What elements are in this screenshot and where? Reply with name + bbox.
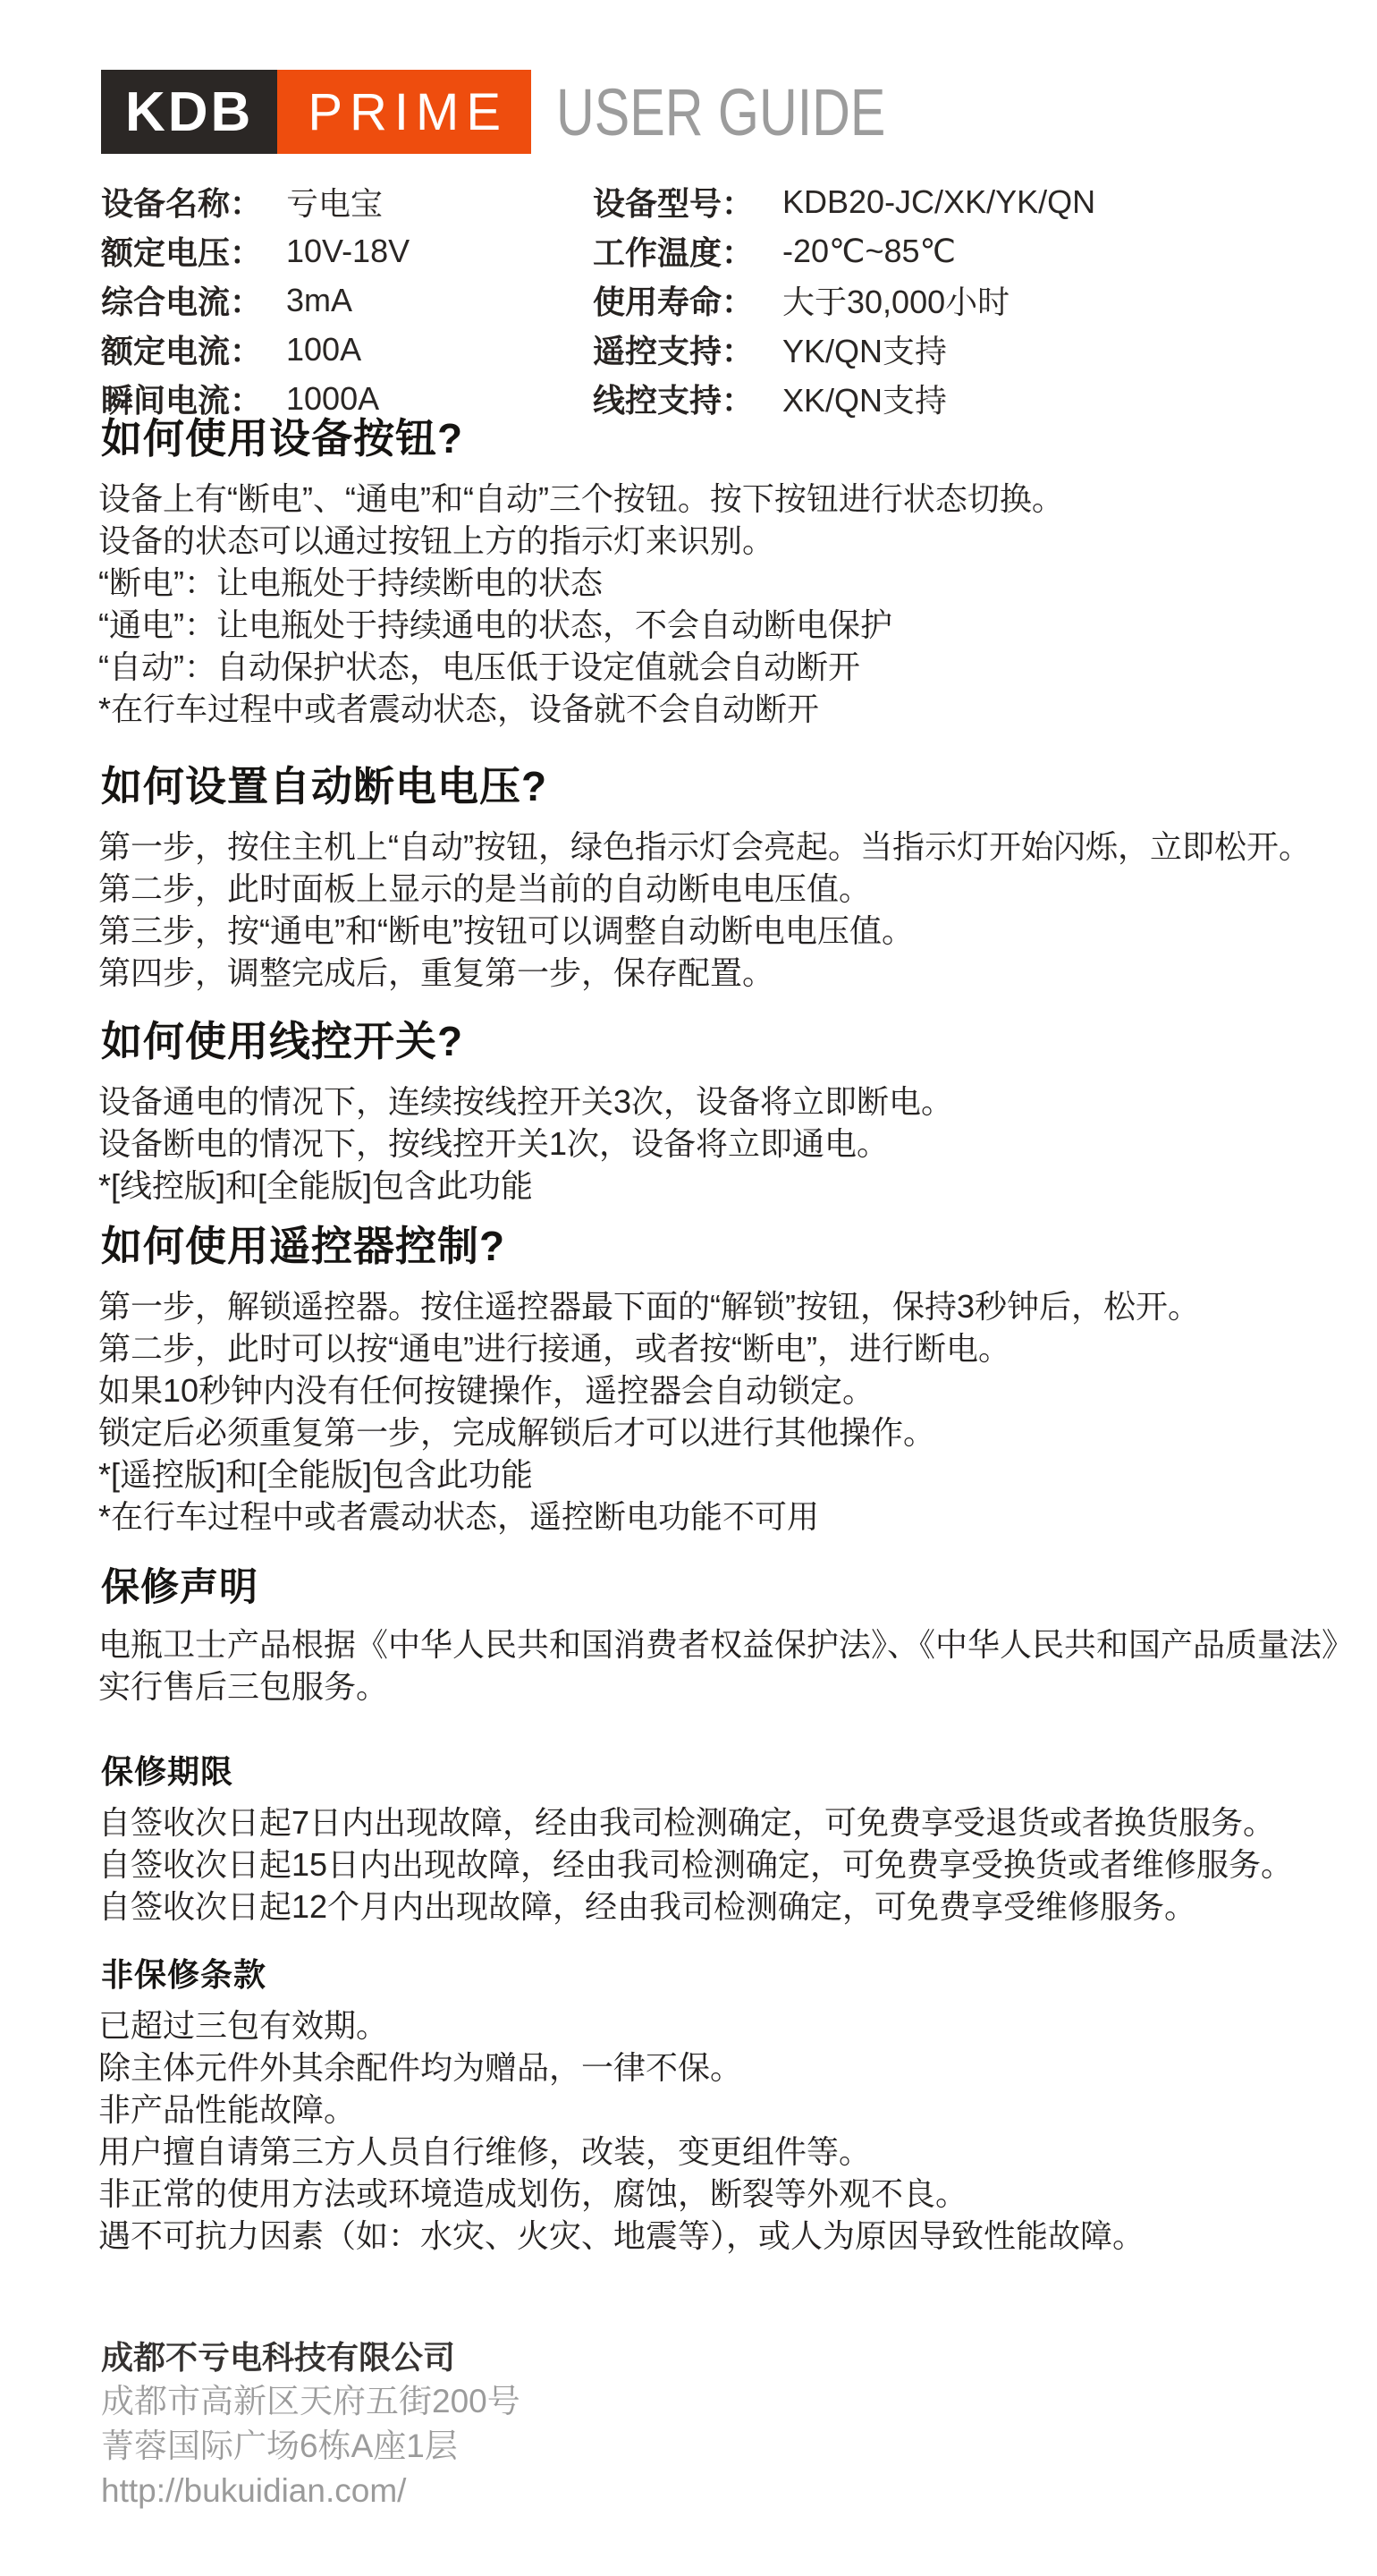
body-line: 第三步，按“通电”和“断电”按钮可以调整自动断电电压值。 bbox=[98, 910, 1350, 952]
body-line: 第二步，此时面板上显示的是当前的自动断电电压值。 bbox=[98, 868, 1350, 910]
body-line: 除主体元件外其余配件均为赠品，一律不保。 bbox=[98, 2046, 1350, 2089]
spec-label: 设备名称： bbox=[101, 179, 286, 225]
body-line: 电瓶卫士产品根据《中华人民共和国消费者权益保护法》、《中华人民共和国产品质量法》 bbox=[98, 1623, 1350, 1665]
section-heading: 保修声明 bbox=[101, 1564, 1350, 1611]
spec-value: 1000A bbox=[286, 380, 593, 418]
spec-value: 亏电宝 bbox=[286, 179, 593, 225]
body-line: 非产品性能故障。 bbox=[98, 2089, 1350, 2131]
spec-row: 额定电流： 100A 遥控支持： YK/QN支持 bbox=[101, 325, 1095, 374]
body-line: 锁定后必须重复第一步，完成解锁后才可以进行其他操作。 bbox=[98, 1411, 1350, 1453]
section-device-buttons: 如何使用设备按钮? 设备上有“断电”、“通电”和“自动”三个按钮。按下按钮进行状… bbox=[98, 413, 1350, 730]
body-line: 遇不可抗力因素（如：水灾、火灾、地震等），或人为原因导致性能故障。 bbox=[98, 2215, 1350, 2257]
body-line: 实行售后三包服务。 bbox=[98, 1665, 1350, 1707]
spec-row: 综合电流： 3mA 使用寿命： 大于30,000小时 bbox=[101, 275, 1095, 325]
section-heading: 如何设置自动断电电压? bbox=[101, 761, 1350, 811]
body-line: 非正常的使用方法或环境造成划伤，腐蚀，断裂等外观不良。 bbox=[98, 2173, 1350, 2215]
note-line: *[遥控版]和[全能版]包含此功能 bbox=[98, 1453, 1350, 1496]
body-line: “断电”：让电瓶处于持续断电的状态 bbox=[98, 562, 1350, 604]
spec-label: 设备型号： bbox=[593, 179, 782, 225]
footer-company-info: 成都不亏电科技有限公司 成都市高新区天府五街200号 菁蓉国际广场6栋A座1层 … bbox=[101, 2336, 520, 2513]
body-line: 第一步，解锁遥控器。按住遥控器最下面的“解锁”按钮，保持3秒钟后，松开。 bbox=[98, 1285, 1350, 1327]
spec-value: KDB20-JC/XK/YK/QN bbox=[782, 183, 1095, 221]
company-name: 成都不亏电科技有限公司 bbox=[101, 2336, 520, 2379]
spec-label: 工作温度： bbox=[593, 228, 782, 274]
section-remote-control: 如何使用遥控器控制? 第一步，解锁遥控器。按住遥控器最下面的“解锁”按钮，保持3… bbox=[98, 1221, 1350, 1538]
spec-label: 遥控支持： bbox=[593, 326, 782, 372]
section-heading: 保修期限 bbox=[101, 1751, 1350, 1792]
brand-logo-prime: PRIME bbox=[277, 70, 531, 154]
body-line: 自签收次日起15日内出现故障，经由我司检测确定，可免费享受换货或者维修服务。 bbox=[98, 1843, 1350, 1885]
section-warranty-statement: 保修声明 电瓶卫士产品根据《中华人民共和国消费者权益保护法》、《中华人民共和国产… bbox=[98, 1564, 1350, 1707]
body-line: 设备上有“断电”、“通电”和“自动”三个按钮。按下按钮进行状态切换。 bbox=[98, 478, 1350, 520]
header-logo: KDB PRIME USER GUIDE bbox=[101, 70, 968, 154]
body-line: 自签收次日起7日内出现故障，经由我司检测确定，可免费享受退货或者换货服务。 bbox=[98, 1801, 1350, 1843]
body-line: “通电”：让电瓶处于持续通电的状态，不会自动断电保护 bbox=[98, 604, 1350, 646]
section-warranty-period: 保修期限 自签收次日起7日内出现故障，经由我司检测确定，可免费享受退货或者换货服… bbox=[98, 1751, 1350, 1928]
brand-logo-kdb: KDB bbox=[101, 70, 277, 154]
body-line: 第二步，此时可以按“通电”进行接通，或者按“断电”，进行断电。 bbox=[98, 1327, 1350, 1369]
company-website-url: http://bukuidian.com/ bbox=[101, 2469, 520, 2513]
spec-label: 综合电流： bbox=[101, 277, 286, 323]
note-line: *在行车过程中或者震动状态，设备就不会自动断开 bbox=[98, 688, 1350, 730]
company-address-line: 菁蓉国际广场6栋A座1层 bbox=[101, 2424, 520, 2469]
section-heading: 如何使用线控开关? bbox=[101, 1016, 1350, 1066]
section-heading: 如何使用遥控器控制? bbox=[101, 1221, 1350, 1271]
spec-value: 100A bbox=[286, 331, 593, 369]
section-heading: 非保修条款 bbox=[101, 1954, 1350, 1996]
note-line: *在行车过程中或者震动状态，遥控断电功能不可用 bbox=[98, 1496, 1350, 1538]
spec-value: 3mA bbox=[286, 282, 593, 319]
spec-value: 10V-18V bbox=[286, 233, 593, 270]
note-line: *[线控版]和[全能版]包含此功能 bbox=[98, 1165, 1350, 1207]
body-line: 第一步，按住主机上“自动”按钮，绿色指示灯会亮起。当指示灯开始闪烁，立即松开。 bbox=[98, 826, 1350, 868]
body-line: “自动”：自动保护状态，电压低于设定值就会自动断开 bbox=[98, 646, 1350, 688]
doc-type-title: USER GUIDE bbox=[556, 70, 885, 154]
spec-label: 额定电流： bbox=[101, 326, 286, 372]
spec-row: 设备名称： 亏电宝 设备型号： KDB20-JC/XK/YK/QN bbox=[101, 177, 1095, 226]
section-auto-cutoff-voltage: 如何设置自动断电电压? 第一步，按住主机上“自动”按钮，绿色指示灯会亮起。当指示… bbox=[98, 761, 1350, 994]
body-line: 已超过三包有效期。 bbox=[98, 2004, 1350, 2046]
section-non-warranty-terms: 非保修条款 已超过三包有效期。 除主体元件外其余配件均为赠品，一律不保。 非产品… bbox=[98, 1954, 1350, 2257]
body-line: 第四步，调整完成后，重复第一步，保存配置。 bbox=[98, 952, 1350, 994]
company-address-line: 成都市高新区天府五街200号 bbox=[101, 2379, 520, 2424]
spec-row: 额定电压： 10V-18V 工作温度： -20℃~85℃ bbox=[101, 226, 1095, 275]
spec-table: 设备名称： 亏电宝 设备型号： KDB20-JC/XK/YK/QN 额定电压： … bbox=[101, 177, 1095, 423]
section-wired-switch: 如何使用线控开关? 设备通电的情况下，连续按线控开关3次，设备将立即断电。 设备… bbox=[98, 1016, 1350, 1207]
body-line: 设备的状态可以通过按钮上方的指示灯来识别。 bbox=[98, 520, 1350, 562]
spec-value: YK/QN支持 bbox=[782, 326, 1095, 372]
spec-label: 使用寿命： bbox=[593, 277, 782, 323]
body-line: 用户擅自请第三方人员自行维修，改装，变更组件等。 bbox=[98, 2131, 1350, 2173]
spec-value: -20℃~85℃ bbox=[782, 233, 1095, 270]
spec-value: 大于30,000小时 bbox=[782, 277, 1095, 323]
body-line: 如果10秒钟内没有任何按键操作，遥控器会自动锁定。 bbox=[98, 1369, 1350, 1411]
body-line: 自签收次日起12个月内出现故障，经由我司检测确定，可免费享受维修服务。 bbox=[98, 1885, 1350, 1928]
body-line: 设备断电的情况下，按线控开关1次，设备将立即通电。 bbox=[98, 1123, 1350, 1165]
spec-label: 额定电压： bbox=[101, 228, 286, 274]
body-line: 设备通电的情况下，连续按线控开关3次，设备将立即断电。 bbox=[98, 1080, 1350, 1123]
section-heading: 如何使用设备按钮? bbox=[101, 413, 1350, 463]
